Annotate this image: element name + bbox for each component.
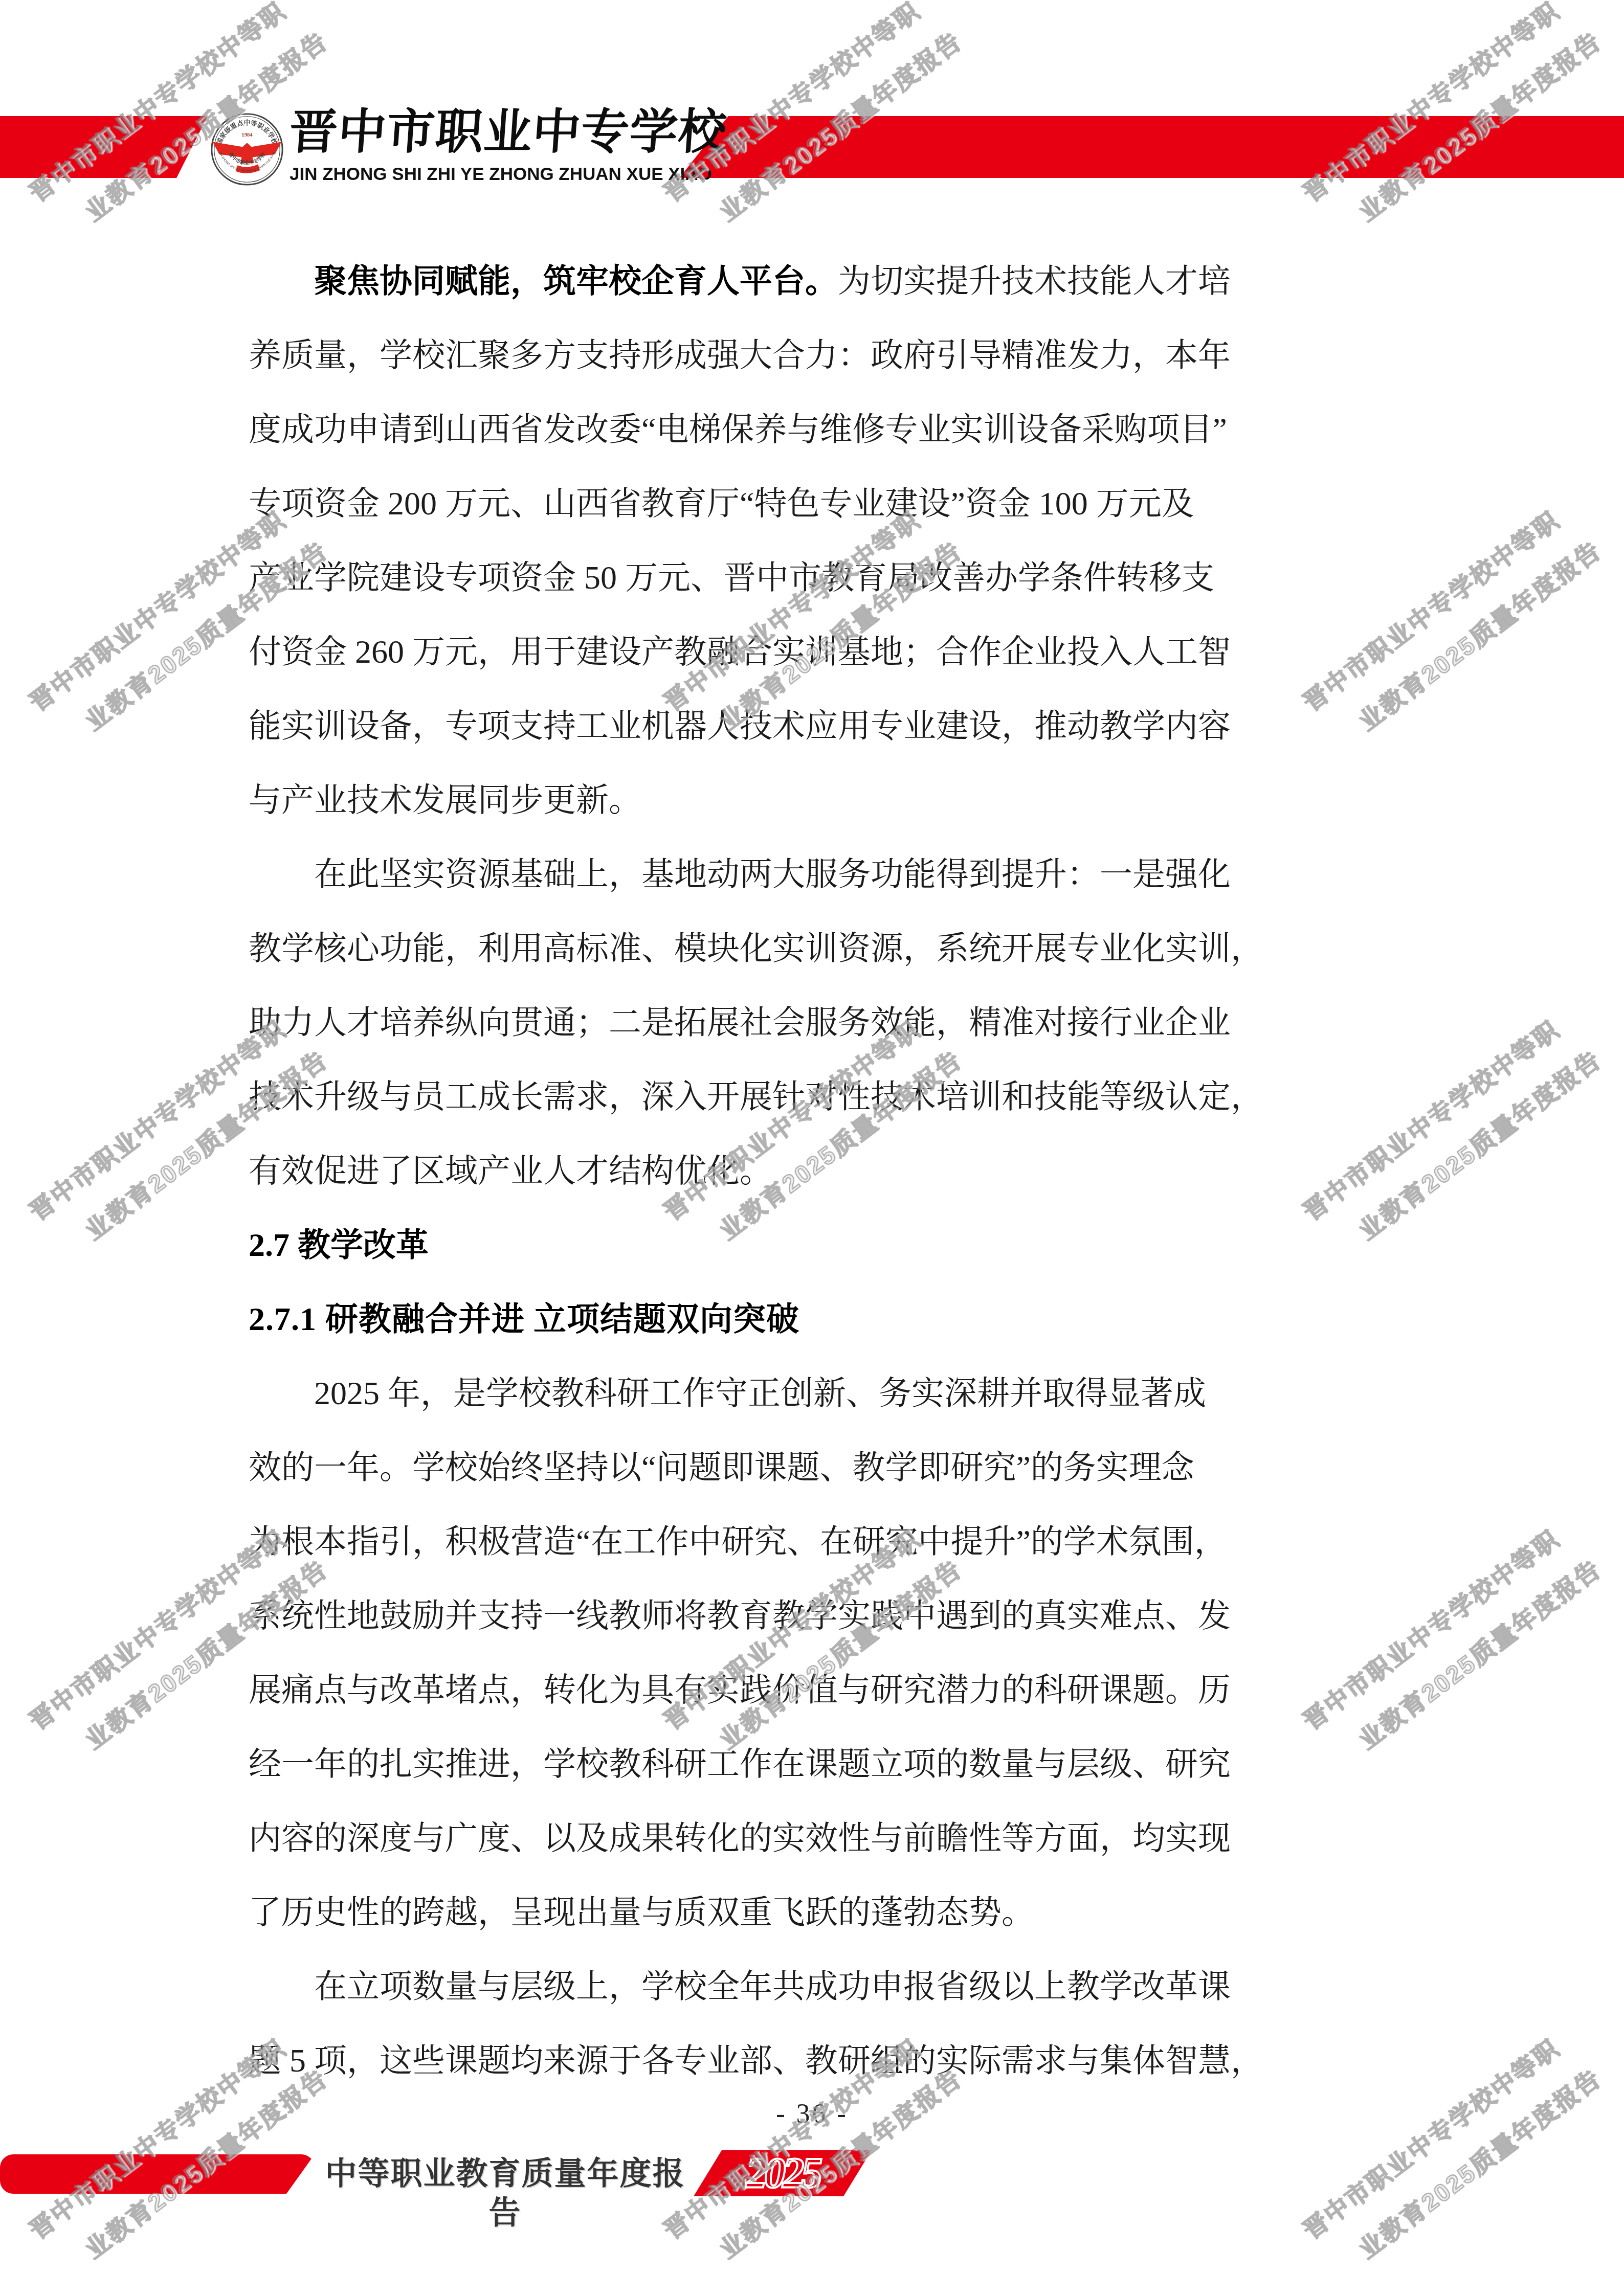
paragraph-school-enterprise: 聚焦协同赋能，筑牢校企育人平台。为切实提升技术技能人才培 养质量，学校汇聚多方支… xyxy=(249,244,1402,837)
section-heading-2-7: 2.7 教学改革 xyxy=(249,1208,1402,1282)
paragraph-lead-bold: 聚焦协同赋能，筑牢校企育人平台。 xyxy=(314,262,838,299)
header-red-band-right xyxy=(679,116,1624,178)
footer-report-title: 中等职业教育质量年度报告 xyxy=(315,2154,696,2194)
paragraph-project-count: 在立项数量与层级上，学校全年共成功申报省级以上教学改革课 题 5 项，这些课题均… xyxy=(249,1949,1402,2098)
school-emblem-logo: 国家级重点中等职业学校 1984 晋中市职业中专学校 JIN ZHONG SHI… xyxy=(210,112,284,187)
school-name-calligraphy: 晋中市职业中专学校 xyxy=(287,102,683,163)
emblem-year-text: 1984 xyxy=(241,132,253,138)
school-name-block: 晋中市职业中专学校 JIN ZHONG SHI ZHI YE ZHONG ZHU… xyxy=(290,102,681,185)
report-page: 国家级重点中等职业学校 1984 晋中市职业中专学校 JIN ZHONG SHI… xyxy=(0,0,1624,2296)
paragraph-lead-rest: 为切实提升技术技能人才培 养质量，学校汇聚多方支持形成强大合力：政府引导精准发力… xyxy=(249,263,1231,818)
page-number: - 36 - xyxy=(0,2098,1624,2129)
paragraph-research-overview: 2025 年，是学校教科研工作守正创新、务实深耕并取得显著成 效的一年。学校始终… xyxy=(249,1356,1402,1949)
school-name-pinyin: JIN ZHONG SHI ZHI YE ZHONG ZHUAN XUE XIA… xyxy=(290,164,681,185)
footer-year-badge-text: 2025 xyxy=(746,2149,819,2198)
section-heading-2-7-1: 2.7.1 研教融合并进 立项结题双向突破 xyxy=(249,1282,1402,1356)
footer-red-ribbon xyxy=(0,2154,315,2194)
paragraph-base-functions: 在此坚实资源基础上，基地动两大服务功能得到提升：一是强化 教学核心功能，利用高标… xyxy=(249,837,1402,1208)
header-red-band-left xyxy=(0,116,208,178)
document-body: 聚焦协同赋能，筑牢校企育人平台。为切实提升技术技能人才培 养质量，学校汇聚多方支… xyxy=(249,244,1402,2098)
footer-year-badge: 2025 xyxy=(694,2150,872,2196)
